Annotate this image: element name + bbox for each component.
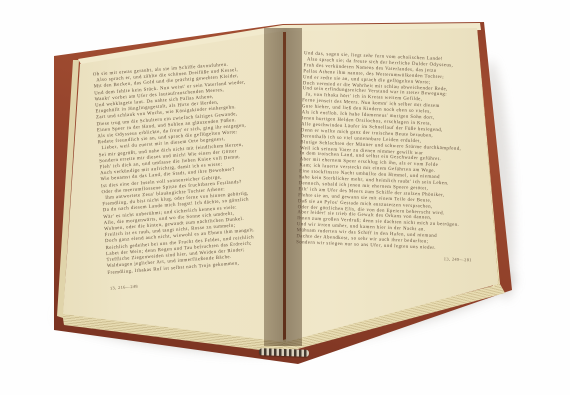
left-page-text: Ob sie mir etwas geraubt, als sie im Sch… (93, 60, 280, 277)
right-page-text: Und das, sagen sie, liegt sehr fern vom … (296, 51, 486, 253)
book-photo: Ob sie mir etwas geraubt, als sie im Sch… (0, 0, 570, 395)
